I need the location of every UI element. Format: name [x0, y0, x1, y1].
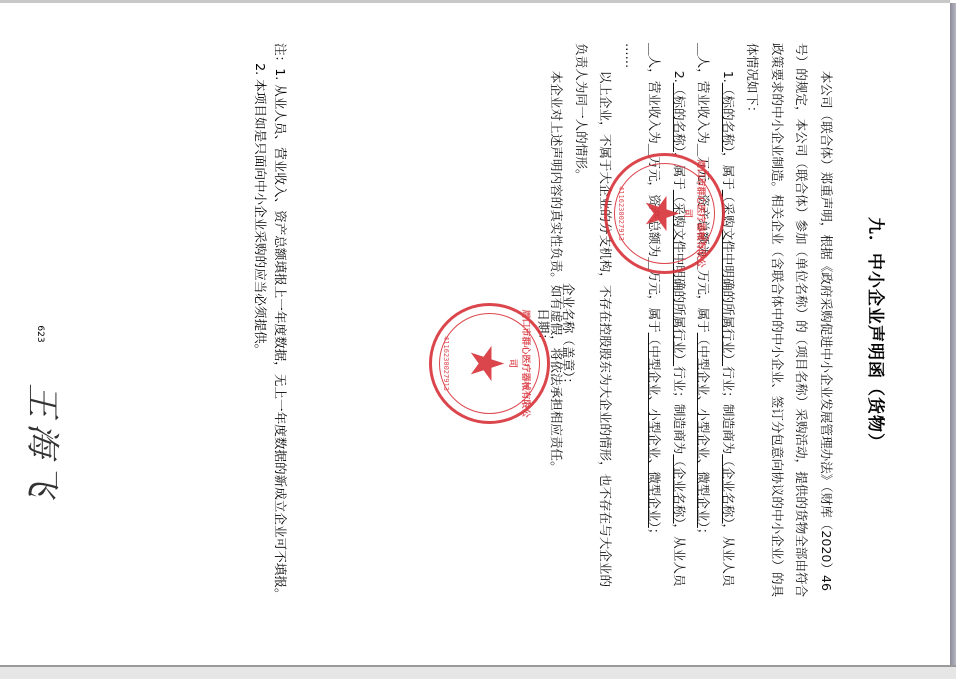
document-body: 本公司（联合体）郑重声明，根据《政府采购促进中小企业发展管理办法》（财库（202… [544, 43, 838, 598]
stamp-code: 4116230027913 [442, 306, 450, 421]
item-2-company: （企业名称） [672, 454, 687, 523]
company-stamp: 周口市群心医疗器械有限公司 ★ 4116230027913 [604, 153, 725, 274]
item-1-text: ，属于 [721, 152, 736, 190]
item-2-type: （中型企业、小型企业、微型企业） [648, 333, 663, 528]
item-2-end: ； [648, 528, 663, 541]
horizontal-scrollbar[interactable] [0, 665, 956, 679]
page-title: 九．中小企业声明函（货物） [865, 3, 890, 665]
item-1-text: 行业；制造商为 [721, 366, 736, 454]
star-icon: ★ [639, 193, 685, 234]
item-2-number: 2. [672, 71, 687, 83]
item-2-text: 行业；制造商为 [672, 366, 687, 454]
item-2-name: （标的名称） [672, 83, 687, 152]
item-1-type: （中型企业、小型企业、微型企业） [697, 333, 712, 528]
item-1: 1.（标的名称），属于（采购文件中明确的所属行业）行业；制造商为（企业名称），从… [691, 43, 740, 598]
item-1-company: （企业名称） [721, 454, 736, 523]
handwritten-signature: 王海飞 [21, 383, 70, 503]
rotated-page-content: 九．中小企业声明函（货物） 本公司（联合体）郑重声明，根据《政府采购促进中小企业… [0, 3, 950, 665]
document-page: 九．中小企业声明函（货物） 本公司（联合体）郑重声明，根据《政府采购促进中小企业… [0, 3, 950, 665]
vertical-scrollbar[interactable] [950, 3, 956, 665]
page-number: 623 [35, 3, 45, 665]
item-1-number: 1. [721, 71, 736, 83]
item-2: 2.（标的名称），属于（采购文件中明确的所属行业）行业；制造商为（企业名称），从… [642, 43, 691, 598]
ellipsis: …… [618, 43, 643, 598]
company-seal-label: 企业名称（盖章）： [556, 283, 581, 390]
note-1: 注：1. 从业人员、营业收入、资产总额填报上一年度数据，无上一年度数据的新成立企… [270, 43, 290, 643]
star-icon: ★ [464, 343, 510, 384]
declaration-paragraph: 本公司（联合体）郑重声明，根据《政府采购促进中小企业发展管理办法》（财库（202… [740, 43, 838, 598]
note-2: 2. 本项目如是只面向中小企业采购的应当必须提供。 [250, 43, 270, 643]
stamp-code: 4116230027913 [617, 156, 625, 271]
company-stamp: 周口市群心医疗器械有限公司 ★ 4116230027913 [429, 303, 550, 424]
item-1-name: （标的名称） [721, 83, 736, 152]
notes: 注：1. 从业人员、营业收入、资产总额填报上一年度数据，无上一年度数据的新成立企… [250, 43, 290, 643]
item-1-end: ； [697, 528, 712, 541]
